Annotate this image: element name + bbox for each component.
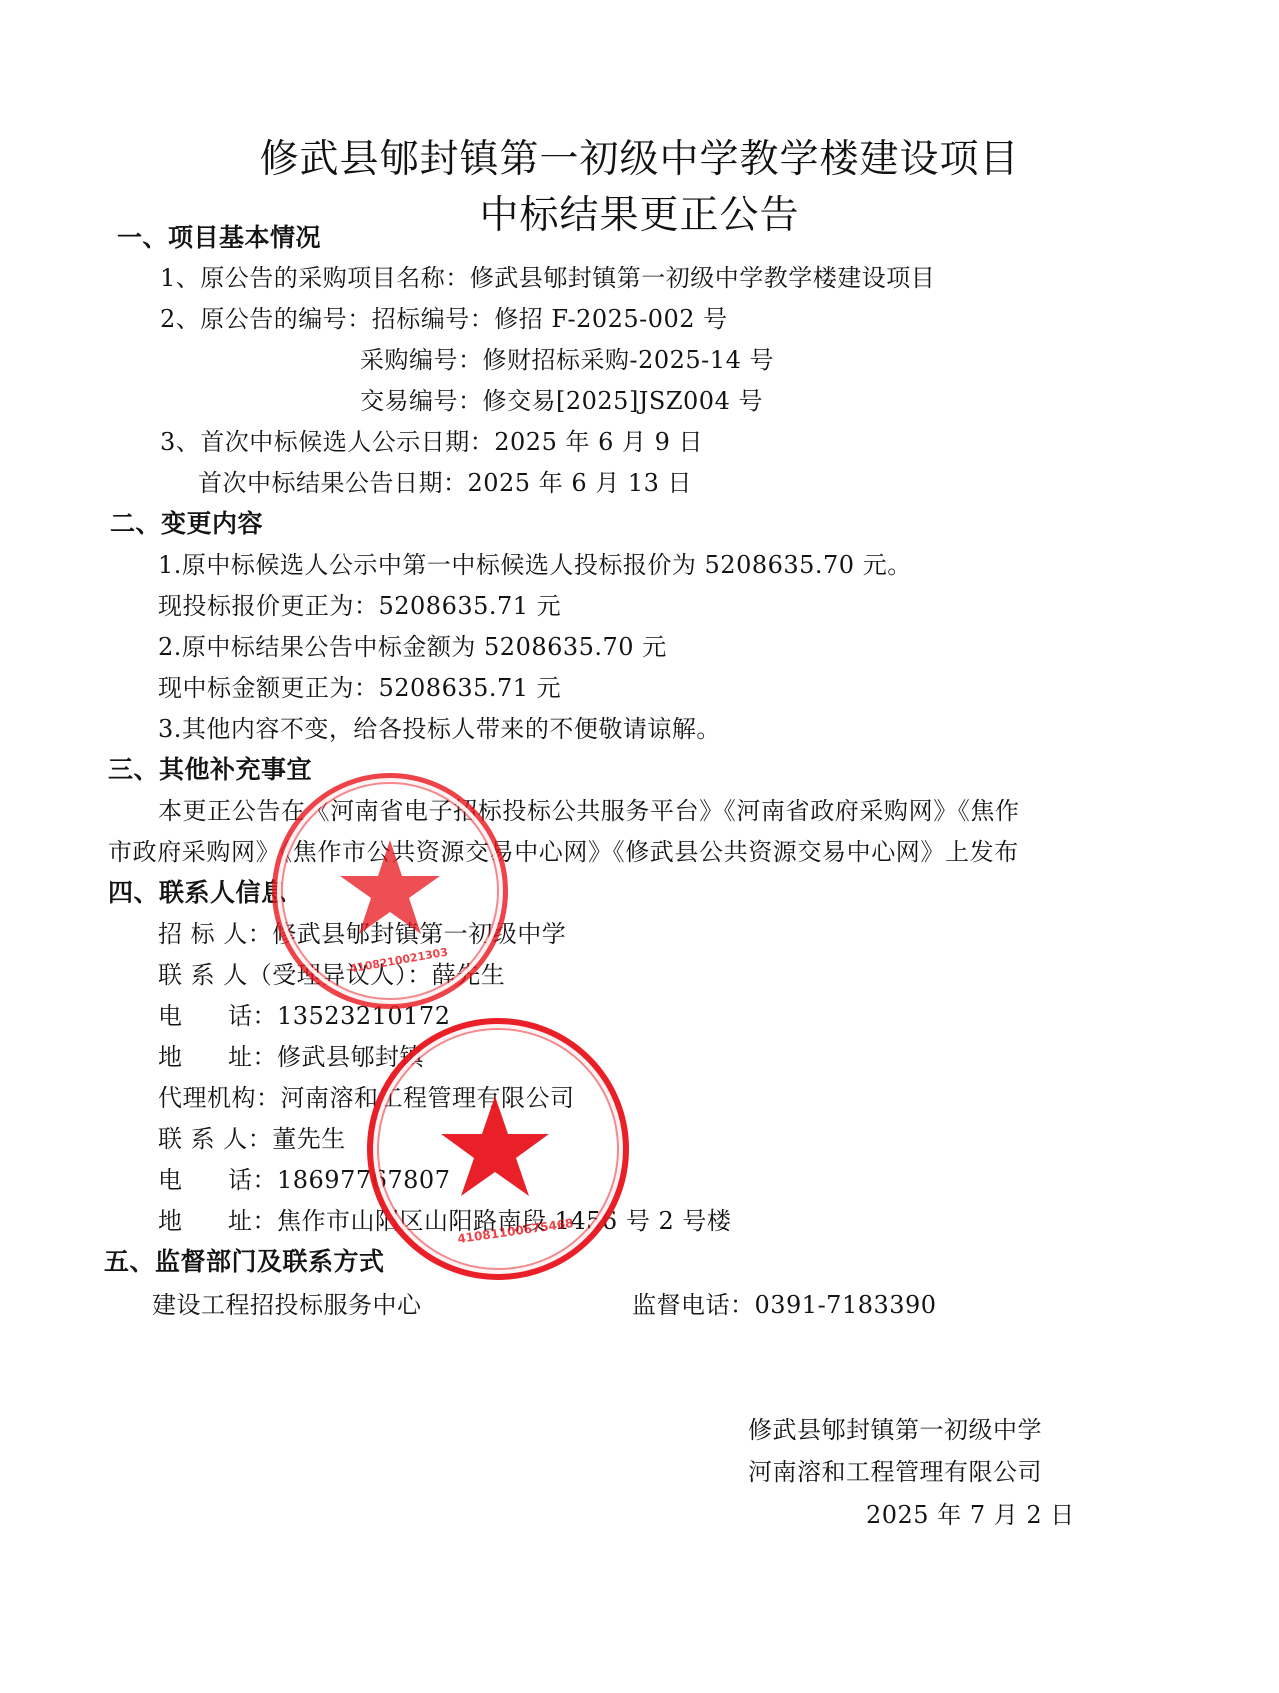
project-name: 1、原公告的采购项目名称：修武县郇封镇第一初级中学教学楼建设项目 (160, 262, 935, 294)
result-announcement-date: 首次中标结果公告日期：2025 年 6 月 13 日 (198, 467, 692, 499)
section-heading-5: 五、监督部门及联系方式 (104, 1246, 385, 1278)
agency-address: 址：焦作市山阳区山阳路南段 1456 号 2 号楼 (228, 1205, 731, 1237)
tenderer-phone: 话：13523210172 (228, 1000, 450, 1032)
tenderer: 招 标 人：修武县郇封镇第一初级中学 (158, 918, 566, 950)
agency-phone: 话：18697767807 (228, 1164, 450, 1196)
tenderer-address-label: 地 (158, 1041, 183, 1073)
candidate-publicity-date: 3、首次中标候选人公示日期：2025 年 6 月 9 日 (160, 426, 703, 458)
tenderer-phone-label: 电 (158, 1000, 183, 1032)
signature-org-school: 修武县郇封镇第一初级中学 (748, 1414, 1042, 1446)
tenderer-contact: 联 系 人（受理异议人）：薛先生 (158, 959, 505, 991)
purchase-number: 采购编号：修财招标采购-2025-14 号 (360, 344, 774, 376)
publication-paragraph-line1: 本更正公告在《河南省电子招标投标公共服务平台》《河南省政府采购网》《焦作 (158, 795, 1020, 827)
change-1-correction: 现投标报价更正为：5208635.71 元 (158, 590, 561, 622)
section-heading-3: 三、其他补充事宜 (108, 754, 312, 786)
agency-contact: 联 系 人：董先生 (158, 1123, 346, 1155)
tenderer-address: 址：修武县郇封镇 (228, 1041, 424, 1073)
supervision-department: 建设工程招投标服务中心 (152, 1289, 422, 1321)
change-2: 2.原中标结果公告中标金额为 5208635.70 元 (158, 631, 667, 663)
signature-date: 2025 年 7 月 2 日 (866, 1499, 1075, 1531)
document-title-line1: 修武县郇封镇第一初级中学教学楼建设项目 (0, 128, 1279, 184)
change-1: 1.原中标候选人公示中第一中标候选人投标报价为 5208635.70 元。 (158, 549, 912, 581)
trade-number: 交易编号：修交易[2025]JSZ004 号 (360, 385, 763, 417)
section-heading-2: 二、变更内容 (110, 508, 263, 540)
section-heading-1: 一、项目基本情况 (117, 222, 321, 254)
supervision-phone: 监督电话：0391-7183390 (632, 1289, 937, 1321)
agency: 代理机构：河南溶和工程管理有限公司 (158, 1082, 575, 1114)
change-2-correction: 现中标金额更正为：5208635.71 元 (158, 672, 561, 704)
agency-address-label: 地 (158, 1205, 183, 1237)
tender-number: 2、原公告的编号：招标编号：修招 F-2025-002 号 (160, 303, 728, 335)
agency-phone-label: 电 (158, 1164, 183, 1196)
section-heading-4: 四、联系人信息 (108, 877, 287, 909)
signature-org-agency: 河南溶和工程管理有限公司 (748, 1456, 1042, 1488)
publication-paragraph-line2: 市政府采购网》《焦作市公共资源交易中心网》《修武县公共资源交易中心网》上发布 (108, 836, 1019, 868)
change-3: 3.其他内容不变，给各投标人带来的不便敬请谅解。 (158, 713, 721, 745)
